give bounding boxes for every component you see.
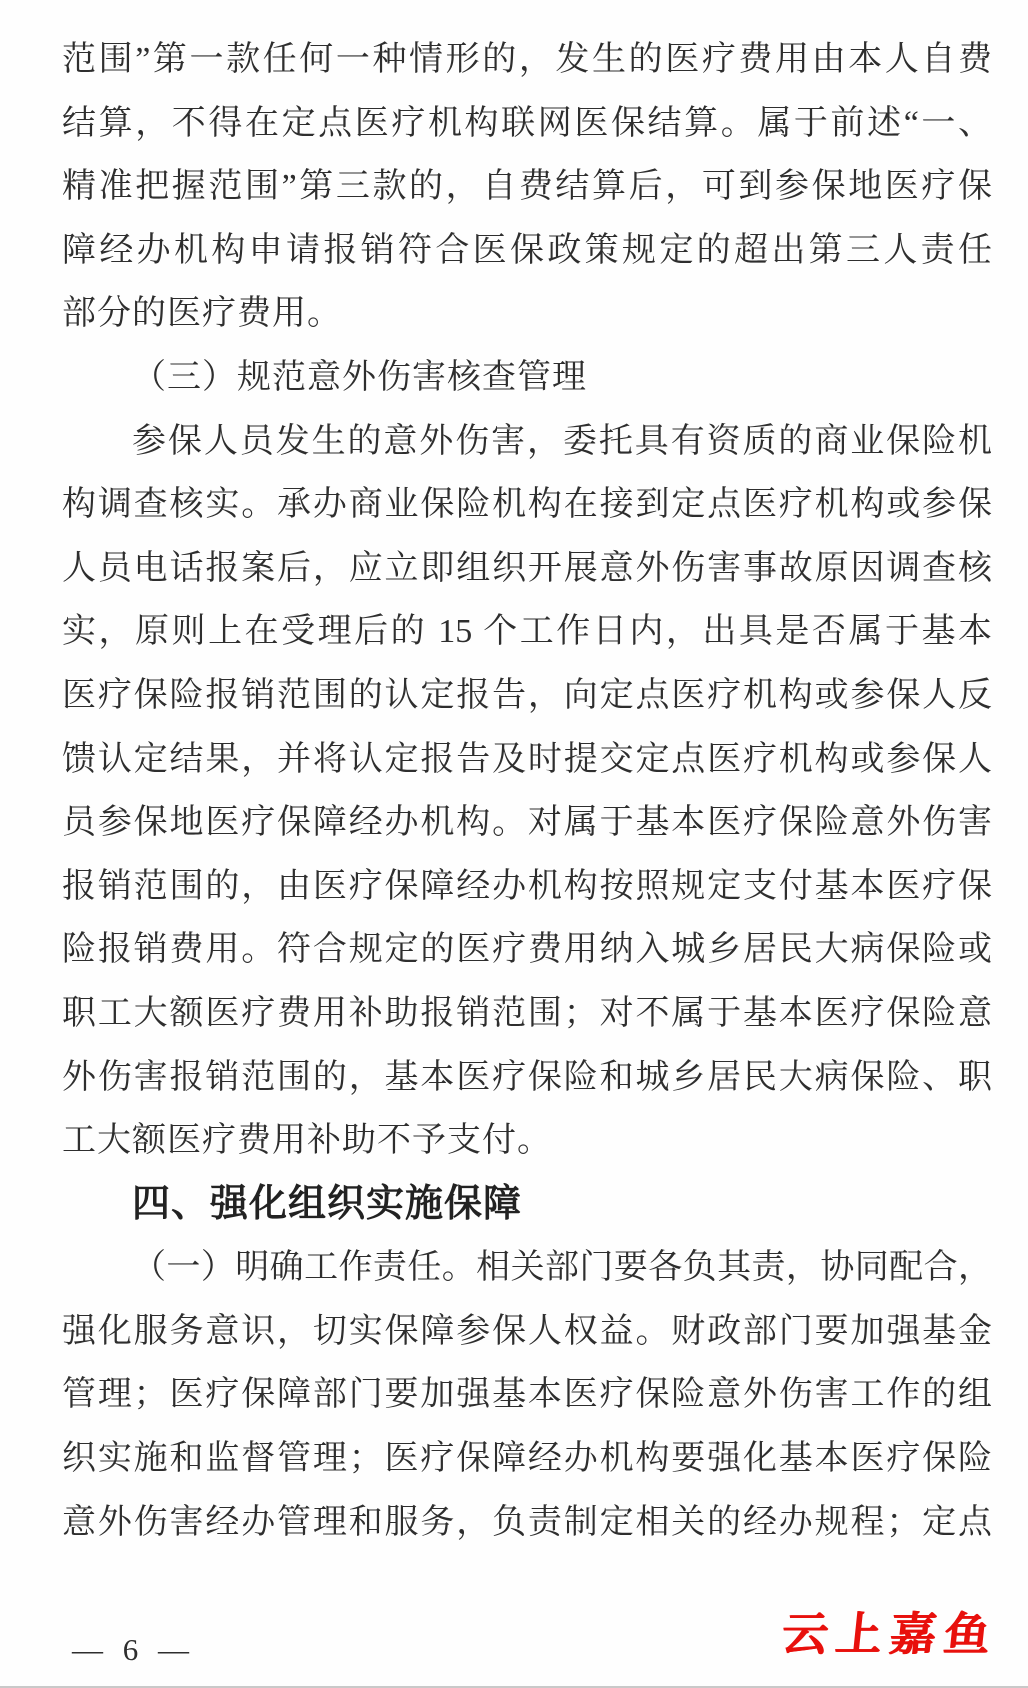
text-line: 医疗保险报销范围的认定报告，向定点医疗机构或参保人反 — [62, 664, 992, 728]
text-line: 实，原则上在受理后的 15 个工作日内，出具是否属于基本 — [62, 600, 992, 664]
text-line: 参保人员发生的意外伤害，委托具有资质的商业保险机 — [62, 410, 992, 474]
document-page: 范围”第一款任何一种情形的，发生的医疗费用由本人自费结算，不得在定点医疗机构联网… — [0, 0, 1028, 1688]
text-line: 员参保地医疗保障经办机构。对属于基本医疗保险意外伤害 — [62, 791, 992, 855]
watermark-text: 云上嘉鱼 — [779, 1598, 1002, 1664]
text-line: 结算，不得在定点医疗机构联网医保结算。属于前述“一、 — [62, 92, 992, 156]
text-line: （三）规范意外伤害核查管理 — [62, 346, 992, 410]
text-line: 构调查核实。承办商业保险机构在接到定点医疗机构或参保 — [62, 473, 992, 537]
text-line: 范围”第一款任何一种情形的，发生的医疗费用由本人自费 — [62, 28, 992, 92]
text-line: 报销范围的，由医疗保障经办机构按照规定支付基本医疗保 — [62, 855, 992, 919]
page-number: — 6 — — [72, 1632, 195, 1668]
text-line: 职工大额医疗费用补助报销范围；对不属于基本医疗保险意 — [62, 982, 992, 1046]
text-line: 部分的医疗费用。 — [62, 282, 992, 346]
text-line: 织实施和监督管理；医疗保障经办机构要强化基本医疗保险 — [62, 1427, 992, 1491]
text-line: 险报销费用。符合规定的医疗费用纳入城乡居民大病保险或 — [62, 918, 992, 982]
text-line: 馈认定结果，并将认定报告及时提交定点医疗机构或参保人 — [62, 728, 992, 792]
text-line: （一）明确工作责任。相关部门要各负其责，协同配合， — [62, 1236, 992, 1300]
document-body: 范围”第一款任何一种情形的，发生的医疗费用由本人自费结算，不得在定点医疗机构联网… — [62, 28, 992, 1554]
text-line: 精准把握范围”第三款的，自费结算后，可到参保地医疗保 — [62, 155, 992, 219]
text-line: 意外伤害经办管理和服务，负责制定相关的经办规程；定点 — [62, 1491, 992, 1555]
heading-line: 四、强化组织实施保障 — [62, 1173, 992, 1237]
text-line: 强化服务意识，切实保障参保人权益。财政部门要加强基金 — [62, 1300, 992, 1364]
text-line: 工大额医疗费用补助不予支付。 — [62, 1109, 992, 1173]
text-line: 人员电话报案后，应立即组织开展意外伤害事故原因调查核 — [62, 537, 992, 601]
text-line: 外伤害报销范围的，基本医疗保险和城乡居民大病保险、职 — [62, 1046, 992, 1110]
text-line: 障经办机构申请报销符合医保政策规定的超出第三人责任 — [62, 219, 992, 283]
text-line: 管理；医疗保障部门要加强基本医疗保险意外伤害工作的组 — [62, 1363, 992, 1427]
